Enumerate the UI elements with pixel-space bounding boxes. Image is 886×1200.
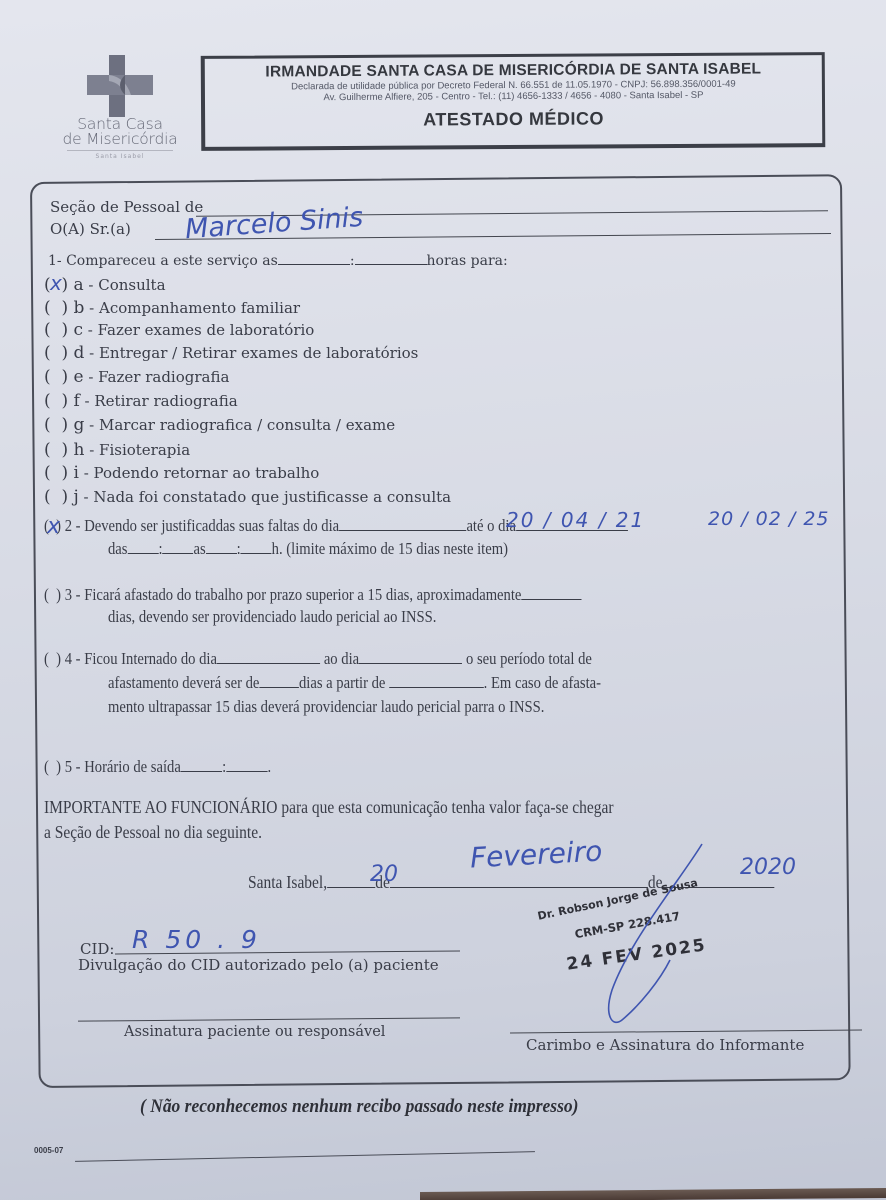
option-i-checkbox[interactable]: ( ): [44, 463, 73, 483]
option-f-checkbox[interactable]: ( ): [44, 391, 73, 411]
option-letter: c: [73, 320, 83, 340]
option-dash: -: [84, 276, 99, 294]
option-e-checkbox[interactable]: ( ): [44, 367, 73, 387]
day-field[interactable]: [327, 886, 375, 888]
option-c: ( ) c - Fazer exames de laboratório: [44, 320, 314, 340]
patient-signature-label: Assinatura paciente ou responsável: [124, 1024, 385, 1040]
option-letter: e: [73, 367, 83, 387]
exit-minute-field[interactable]: [226, 770, 267, 772]
q1-minute-field[interactable]: [355, 263, 427, 265]
option-d: ( ) d - Entregar / Retirar exames de lab…: [44, 343, 418, 363]
as-hour-field[interactable]: [206, 552, 237, 554]
informant-signature-label: Carimbo e Assinatura do Informante: [526, 1036, 804, 1054]
option-letter: b: [73, 298, 84, 318]
item4-row2: afastamento deverá ser dedias a partir d…: [108, 673, 601, 693]
option-c-checkbox[interactable]: ( ): [44, 320, 73, 340]
sr-label: O(A) Sr.(a): [50, 220, 131, 238]
form-code: 0005-07: [34, 1146, 63, 1155]
option-a: ( ) a - Consulta: [44, 275, 166, 295]
logo-name-line2: de Misericórdia: [55, 132, 185, 147]
option-label: Marcar radiografica / consulta / exame: [99, 416, 395, 434]
option-h-checkbox[interactable]: ( ): [44, 440, 73, 460]
option-i: ( ) i - Podendo retornar ao trabalho: [44, 463, 319, 483]
option-label: Fazer exames de laboratório: [98, 321, 315, 339]
q1-row: 1- Compareceu a este serviço as:horas pa…: [48, 253, 508, 269]
cid-consent: Divulgação do CID autorizado pelo (a) pa…: [78, 956, 439, 974]
option-b-checkbox[interactable]: ( ): [44, 298, 73, 318]
option-dash: -: [83, 321, 98, 339]
q1-prefix: 1- Compareceu a este serviço as: [48, 253, 278, 269]
item2-text: 2 - Devendo ser justificaddas suas falta…: [65, 516, 339, 535]
option-g-checkbox[interactable]: ( ): [44, 415, 73, 435]
item2-from-date: 20 / 04 / 21: [506, 508, 645, 532]
option-label: Fazer radiografia: [98, 368, 229, 386]
option-letter: g: [73, 415, 84, 435]
doctor-signature-stroke: [590, 840, 710, 1030]
option-f: ( ) f - Retirar radiografia: [44, 391, 238, 411]
option-h: ( ) h - Fisioterapia: [44, 440, 190, 460]
item4-to-field[interactable]: [359, 662, 462, 664]
item4-text-f: . Em caso de afasta-: [484, 673, 601, 692]
exit-hour-field[interactable]: [181, 770, 222, 772]
item4-start-field[interactable]: [389, 686, 484, 688]
secao-label: Seção de Pessoal de: [50, 198, 203, 216]
option-j-checkbox[interactable]: ( ): [44, 487, 73, 507]
option-label: Fisioterapia: [99, 441, 190, 459]
header-box: IRMANDADE SANTA CASA DE MISERICÓRDIA DE …: [201, 52, 826, 151]
as-minute-field[interactable]: [241, 552, 272, 554]
option-dash: -: [80, 392, 95, 410]
year-handwritten: 2020: [740, 855, 796, 880]
option-dash: -: [84, 416, 99, 434]
item3-days-field[interactable]: [521, 598, 581, 600]
logo-city: Santa Isabel: [67, 150, 173, 160]
item2-from-field[interactable]: [339, 529, 466, 531]
option-e: ( ) e - Fazer radiografia: [44, 367, 229, 387]
cross-logo-icon: [85, 55, 155, 117]
important-note-line2: a Seção de Pessoal no dia seguinte.: [44, 822, 262, 843]
frame-bottom-line: [75, 1151, 535, 1162]
item4-days-field[interactable]: [259, 686, 299, 688]
city-label: Santa Isabel,: [248, 872, 327, 892]
item4-text-d: afastamento deverá ser de: [108, 673, 259, 692]
important-text: para que esta comunicação tenha valor fa…: [277, 797, 613, 817]
option-label: Nada foi constatado que justificasse a c…: [93, 488, 451, 506]
q1-suffix: horas para:: [427, 253, 508, 269]
option-b: ( ) b - Acompanhamento familiar: [44, 298, 300, 318]
q1-sep: :: [350, 253, 355, 269]
item3-row1: ( ) 3 - Ficará afastado do trabalho por …: [44, 585, 582, 605]
month-handwritten: Fevereiro: [469, 835, 603, 875]
item4-row1: ( ) 4 - Ficou Internado do dia ao dia o …: [44, 649, 592, 669]
item5-row: ( ) 5 - Horário de saída:.: [44, 757, 271, 777]
item3-row2: dias, devendo ser providenciado laudo pe…: [108, 607, 436, 627]
option-dash: -: [84, 344, 99, 362]
item5-label: 5 - Horário de saída: [65, 757, 181, 776]
item4-row3: mento ultrapassar 15 dias deverá provide…: [108, 697, 544, 717]
table-edge: [420, 1188, 886, 1200]
limit-note: h. (limite máximo de 15 dias neste item): [272, 539, 508, 558]
item3-checkbox[interactable]: ( ): [44, 585, 65, 604]
option-dash: -: [84, 368, 99, 386]
item4-text-b: ao dia: [324, 649, 359, 668]
option-dash: -: [84, 299, 99, 317]
item5-checkbox[interactable]: ( ): [44, 757, 65, 776]
q1-hour-field[interactable]: [278, 263, 350, 265]
footer-note: ( Não reconhecemos nenhum recibo passado…: [140, 1096, 578, 1118]
option-letter: a: [73, 275, 83, 295]
as-label: as: [193, 539, 205, 558]
item4-text-c: o seu período total de: [466, 649, 592, 668]
cid-handwritten: R 50 . 9: [132, 925, 261, 954]
das-label: das: [108, 539, 127, 558]
document-title: ATESTADO MÉDICO: [205, 107, 822, 132]
option-d-checkbox[interactable]: ( ): [44, 343, 73, 363]
item4-text-a: 4 - Ficou Internado do dia: [65, 649, 217, 668]
das-minute-field[interactable]: [163, 552, 194, 554]
option-label: Podendo retornar ao trabalho: [94, 464, 320, 482]
item4-checkbox[interactable]: ( ): [44, 649, 65, 668]
option-a-checkmark: x: [50, 271, 62, 295]
important-note: IMPORTANTE AO FUNCIONÁRIO para que esta …: [44, 797, 614, 818]
option-dash: -: [79, 464, 94, 482]
option-label: Acompanhamento familiar: [99, 299, 300, 317]
option-label: Consulta: [98, 276, 165, 294]
option-dash: -: [79, 488, 94, 506]
item4-text-e: dias a partir de: [299, 673, 385, 692]
item3-text: 3 - Ficará afastado do trabalho por praz…: [65, 585, 522, 604]
option-label: Retirar radiografia: [94, 392, 237, 410]
option-g: ( ) g - Marcar radiografica / consulta /…: [44, 415, 395, 435]
option-dash: -: [84, 441, 99, 459]
option-j: ( ) j - Nada foi constatado que justific…: [44, 487, 451, 507]
important-heading: IMPORTANTE AO FUNCIONÁRIO: [44, 797, 277, 817]
das-hour-field[interactable]: [127, 552, 158, 554]
item2-to-date: 20 / 02 / 25: [708, 508, 830, 530]
hospital-logo: Santa Casa de Misericórdia Santa Isabel: [55, 55, 185, 160]
item2-checkmark: x: [47, 514, 60, 539]
item2-row2: das:as:h. (limite máximo de 15 dias nest…: [108, 539, 508, 559]
option-letter: h: [73, 440, 84, 460]
day-handwritten: 20: [370, 862, 398, 887]
option-label: Entregar / Retirar exames de laboratório…: [99, 344, 418, 362]
option-letter: d: [73, 343, 84, 363]
item4-from-field[interactable]: [217, 662, 320, 664]
